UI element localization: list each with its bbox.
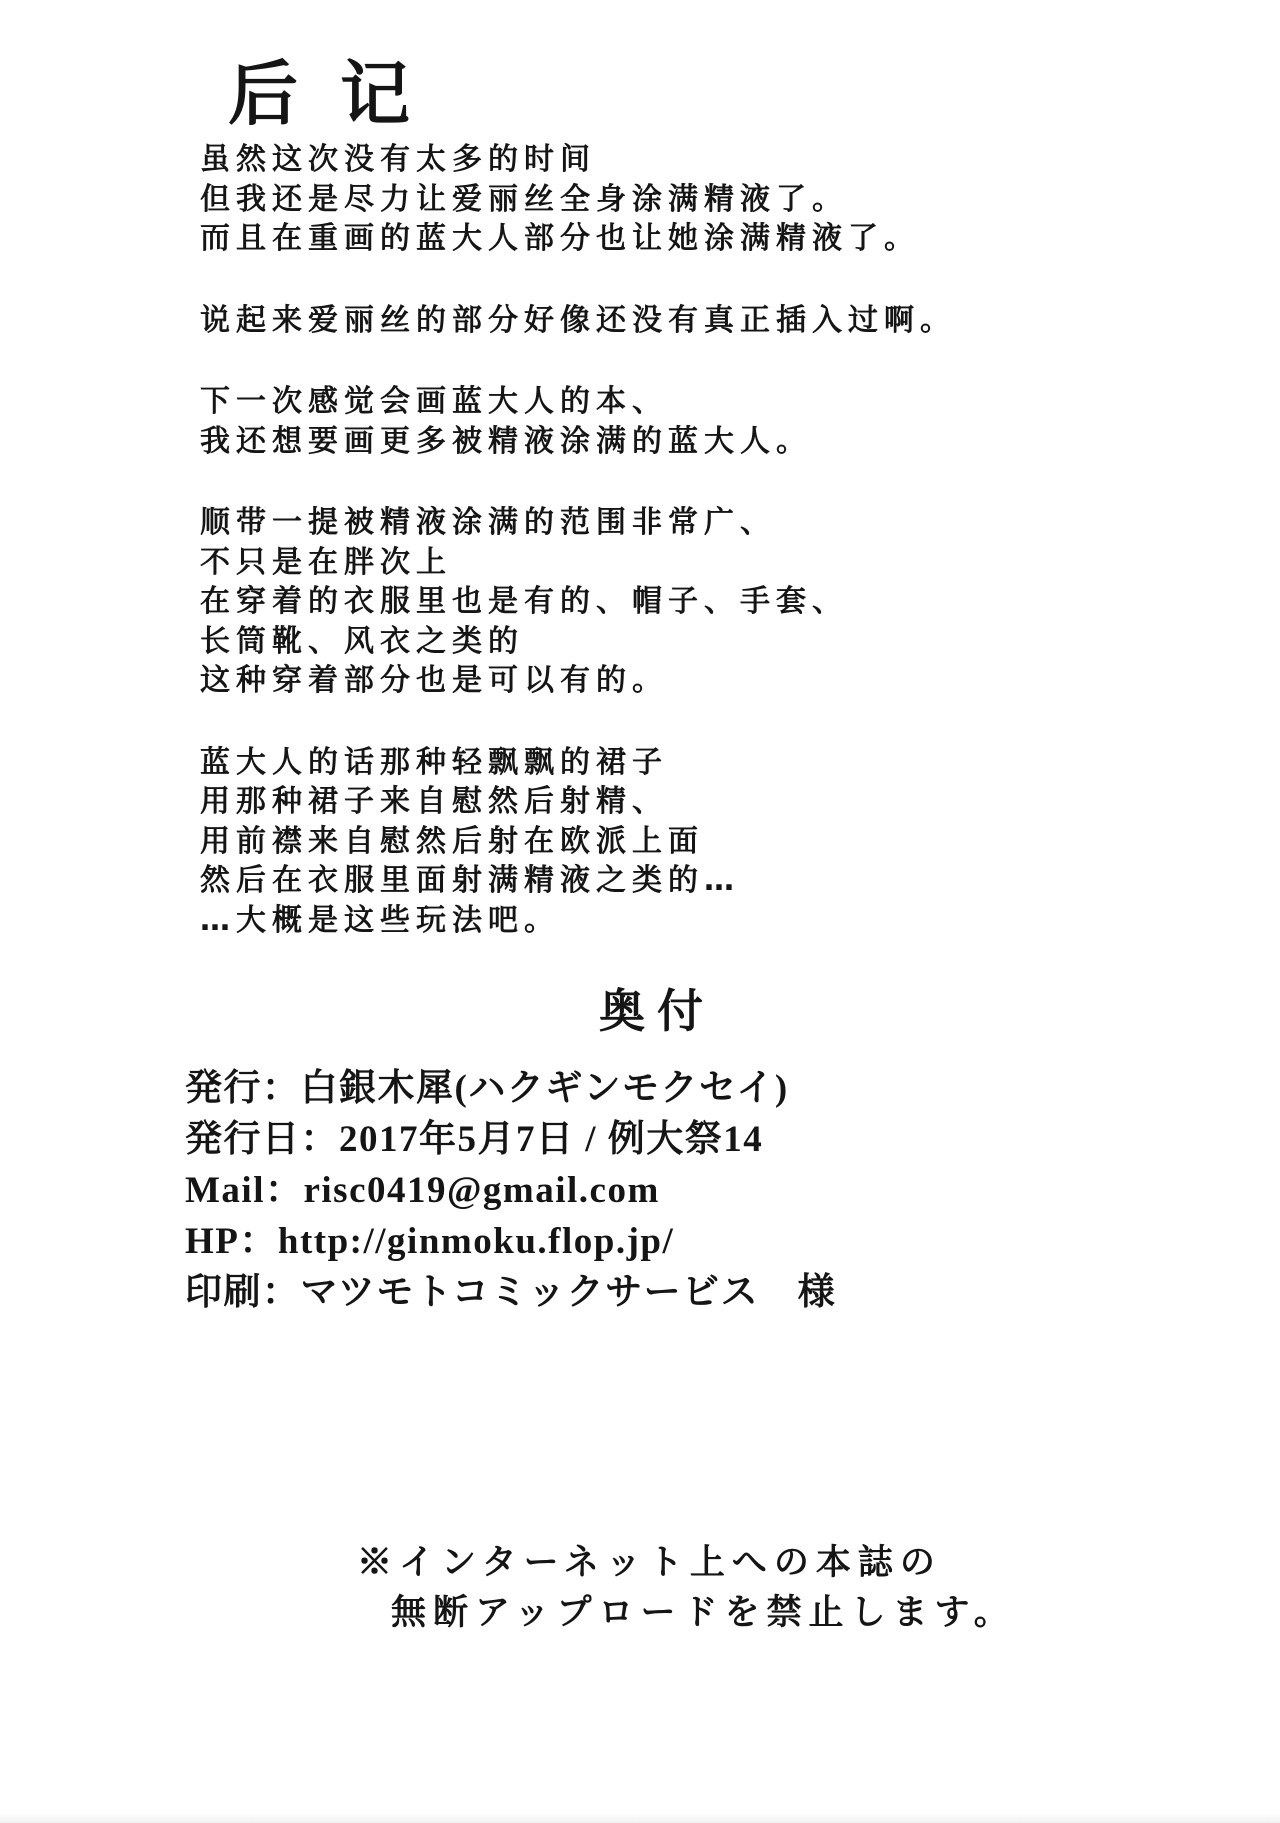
colophon-homepage-line: HP：http://ginmoku.flop.jp/ bbox=[185, 1216, 836, 1267]
colophon-date-line: 発行日：2017年5月7日 / 例大祭14 bbox=[185, 1114, 836, 1165]
afterword-line: 不只是在胖次上 bbox=[200, 543, 1160, 583]
afterword-paragraph: 顺带一提被精液涂满的范围非常广、 不只是在胖次上 在穿着的衣服里也是有的、帽子、… bbox=[200, 503, 1160, 701]
afterword-paragraph: 虽然这次没有太多的时间 但我还是尽力让爱丽丝全身涂满精液了。 而且在重画的蓝大人… bbox=[200, 140, 1160, 259]
page-title: 后记 bbox=[228, 38, 452, 139]
afterword-line: 但我还是尽力让爱丽丝全身涂满精液了。 bbox=[200, 180, 1160, 220]
afterword-line: 说起来爱丽丝的部分好像还没有真正插入过啊。 bbox=[200, 301, 1160, 341]
afterword-line: …大概是这些玩法吧。 bbox=[200, 901, 1160, 941]
colophon-block: 発行：白銀木犀(ハクギンモクセイ) 発行日：2017年5月7日 / 例大祭14 … bbox=[185, 1063, 836, 1318]
afterword-line: 而且在重画的蓝大人部分也让她涂满精液了。 bbox=[200, 219, 1160, 259]
afterword-line: 然后在衣服里面射满精液之类的… bbox=[200, 861, 1160, 901]
scanned-afterword-page: 后记 虽然这次没有太多的时间 但我还是尽力让爱丽丝全身涂满精液了。 而且在重画的… bbox=[0, 0, 1280, 1823]
afterword-line: 用那种裙子来自慰然后射精、 bbox=[200, 782, 1160, 822]
afterword-line: 下一次感觉会画蓝大人的本、 bbox=[200, 382, 1160, 422]
afterword-paragraph: 蓝大人的话那种轻飘飘的裙子 用那种裙子来自慰然后射精、 用前襟来自慰然后射在欧派… bbox=[200, 743, 1160, 941]
upload-prohibition-notice: ※インターネット上への本誌の 無断アップロードを禁止します。 bbox=[357, 1538, 1016, 1638]
afterword-line: 虽然这次没有太多的时间 bbox=[200, 140, 1160, 180]
afterword-line: 蓝大人的话那种轻飘飘的裙子 bbox=[200, 743, 1160, 783]
colophon-heading: 奥付 bbox=[0, 975, 1280, 1041]
afterword-line: 长筒靴、风衣之类的 bbox=[200, 622, 1160, 662]
colophon-publisher-line: 発行：白銀木犀(ハクギンモクセイ) bbox=[185, 1063, 836, 1114]
notice-line: ※インターネット上への本誌の bbox=[357, 1538, 1016, 1588]
afterword-line: 顺带一提被精液涂满的范围非常广、 bbox=[200, 503, 1160, 543]
afterword-line: 在穿着的衣服里也是有的、帽子、手套、 bbox=[200, 582, 1160, 622]
afterword-line: 我还想要画更多被精液涂满的蓝大人。 bbox=[200, 422, 1160, 462]
notice-line: 無断アップロードを禁止します。 bbox=[357, 1588, 1016, 1638]
afterword-paragraph: 下一次感觉会画蓝大人的本、 我还想要画更多被精液涂满的蓝大人。 bbox=[200, 382, 1160, 461]
colophon-printer-line: 印刷：マツモトコミックサービス 様 bbox=[185, 1267, 836, 1318]
colophon-mail-line: Mail：risc0419@gmail.com bbox=[185, 1165, 836, 1216]
afterword-line: 用前襟来自慰然后射在欧派上面 bbox=[200, 822, 1160, 862]
afterword-paragraph: 说起来爱丽丝的部分好像还没有真正插入过啊。 bbox=[200, 301, 1160, 341]
afterword-body: 虽然这次没有太多的时间 但我还是尽力让爱丽丝全身涂满精液了。 而且在重画的蓝大人… bbox=[200, 140, 1160, 982]
afterword-line: 这种穿着部分也是可以有的。 bbox=[200, 661, 1160, 701]
